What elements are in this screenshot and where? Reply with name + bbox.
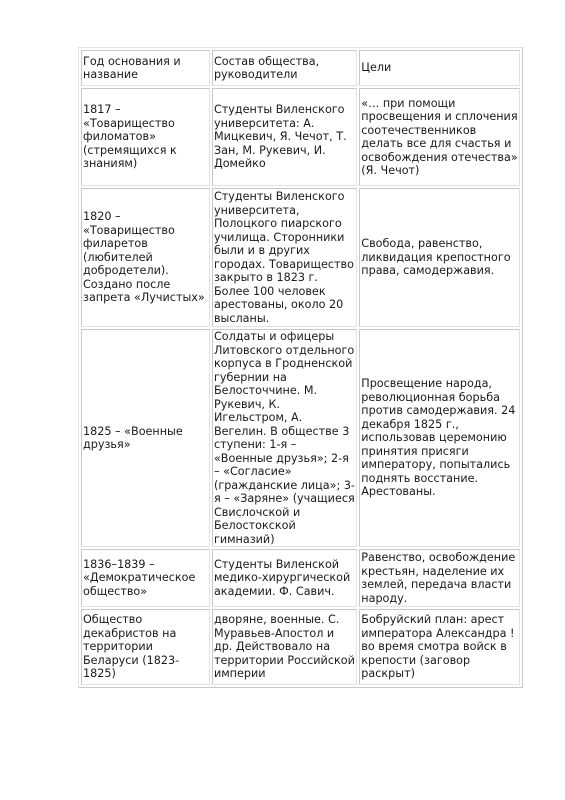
cell-goals: Просвещение народа, революционная борьба…: [359, 329, 520, 547]
cell-goals: Свобода, равенство, ликвидация крепостно…: [359, 188, 520, 327]
secret-societies-table: Год основания и название Состав общества…: [78, 47, 523, 688]
header-cell-name: Год основания и название: [81, 50, 210, 86]
cell-name: 1820 – «Товарищество филаретов (любителе…: [81, 188, 210, 327]
cell-name: 1817 – «Товарищество филоматов» (стремящ…: [81, 88, 210, 186]
table-row: 1836–1839 – «Демократическое общество» С…: [81, 549, 520, 607]
header-cell-members: Состав общества, руководители: [212, 50, 357, 86]
table-row: Общество декабристов на территории Белар…: [81, 609, 520, 685]
table-header-row: Год основания и название Состав общества…: [81, 50, 520, 86]
cell-goals: Бобруйский план: арест императора Алекса…: [359, 609, 520, 685]
cell-name: 1825 – «Военные друзья»: [81, 329, 210, 547]
table-row: 1817 – «Товарищество филоматов» (стремящ…: [81, 88, 520, 186]
cell-goals: Равенство, освобождение крестьян, наделе…: [359, 549, 520, 607]
cell-goals: «… при помощи просвещения и сплочения со…: [359, 88, 520, 186]
table-row: 1825 – «Военные друзья» Солдаты и офицер…: [81, 329, 520, 547]
cell-members: Студенты Виленского университета: А. Миц…: [212, 88, 357, 186]
header-cell-goals: Цели: [359, 50, 520, 86]
cell-members: Студенты Виленского университета, Полоцк…: [212, 188, 357, 327]
table-row: 1820 – «Товарищество филаретов (любителе…: [81, 188, 520, 327]
cell-members: Солдаты и офицеры Литовского отдельного …: [212, 329, 357, 547]
cell-name: 1836–1839 – «Демократическое общество»: [81, 549, 210, 607]
cell-name: Общество декабристов на территории Белар…: [81, 609, 210, 685]
cell-members: Студенты Виленской медико-хирургической …: [212, 549, 357, 607]
cell-members: дворяне, военные. С. Муравьев-Апостол и …: [212, 609, 357, 685]
